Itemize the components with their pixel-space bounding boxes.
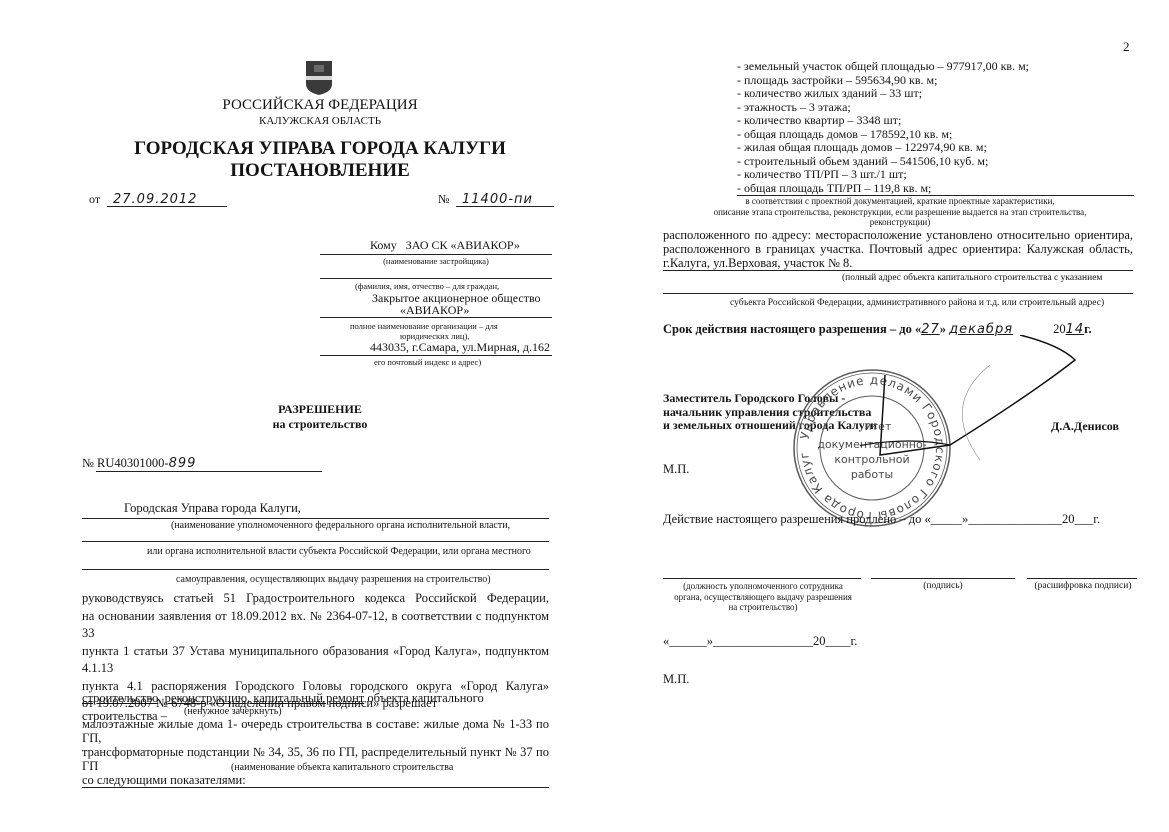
address-line: расположенного по адресу: месторасположе… xyxy=(663,228,1133,242)
developer-caption: (наименование застройщика) xyxy=(320,256,552,266)
indicator-item: - строительный обьем зданий – 541506,10 … xyxy=(737,155,1137,169)
indicator-item: - земельный участок общей площадью – 977… xyxy=(737,60,1137,74)
indicator-item: - количество жилых зданий – 33 шт; xyxy=(737,87,1137,101)
permit-number-line xyxy=(96,457,322,472)
address-field: 443035, г.Самара, ул.Мирная, д.162 xyxy=(320,340,552,356)
region-name: КАЛУЖСКАЯ ОБЛАСТЬ xyxy=(150,115,490,127)
object-address: расположенного по адресу: месторасположе… xyxy=(663,228,1133,271)
indicator-item: - площадь застройки – 595634,90 кв. м; xyxy=(737,74,1137,88)
address-value: 443035, г.Самара, ул.Мирная, д.162 xyxy=(370,340,550,354)
work-type-kept: строительство, xyxy=(82,691,162,705)
caption-line: реконструкции) xyxy=(665,217,1135,228)
country-name: РОССИЙСКАЯ ФЕДЕРАЦИЯ xyxy=(150,97,490,114)
caption-line: в соответствии с проектной документацией… xyxy=(665,196,1135,207)
extension-date-line: «______»________________20____г. xyxy=(663,634,857,649)
caption-line: (должность уполномоченного сотрудника xyxy=(663,581,863,592)
indicator-item: - количество квартир – 3348 шт; xyxy=(737,114,1137,128)
person-caption: (фамилия, имя, отчество – для граждан, xyxy=(355,281,555,291)
indicator-item: - количество ТП/РП – 3 шт./1 шт; xyxy=(737,168,1137,182)
validity-mid: » xyxy=(940,322,946,336)
body-line: руководствуясь статьей 51 Градостроитель… xyxy=(82,590,549,608)
address-line: расположенного в границах участка. Почто… xyxy=(663,242,1133,256)
extension-line: Действие настоящего разрешения продлено … xyxy=(663,512,1100,527)
position-caption: (должность уполномоченного сотрудника ор… xyxy=(663,581,863,613)
document-type: ПОСТАНОВЛЕНИЕ xyxy=(100,160,540,182)
validity-end: г. xyxy=(1084,322,1091,336)
permit-title: РАЗРЕШЕНИЕ xyxy=(160,402,480,417)
body-line: на основании заявления от 18.09.2012 вх.… xyxy=(82,608,549,643)
recipient-to-label: Кому xyxy=(370,238,397,252)
handwritten-signature xyxy=(860,335,1090,475)
decree-number-value: 11400-пи xyxy=(462,192,533,207)
signature-line xyxy=(871,568,1015,579)
indicators-caption: в соответствии с проектной документацией… xyxy=(665,196,1135,228)
org-caption-line1: полное наименование организации – для xyxy=(350,321,498,331)
caption-line: на строительство) xyxy=(663,602,863,613)
issuer-line: Городская Управа города Калуги, xyxy=(82,500,549,519)
decree-date-field: 27.09.2012 xyxy=(107,190,227,207)
decree-date-label: от xyxy=(89,192,100,207)
issuer-name: Городская Управа города Калуги, xyxy=(124,501,301,515)
decree-date-value: 27.09.2012 xyxy=(113,192,197,207)
object-line: малоэтажные жилые дома 1- очередь строит… xyxy=(82,717,549,745)
signature-caption: (подпись) xyxy=(871,581,1015,591)
seal-label: М.П. xyxy=(663,462,689,477)
decree-number-label: № xyxy=(438,192,449,207)
address-caption: его почтовый индекс и адрес) xyxy=(374,357,481,367)
blank-line xyxy=(82,530,549,542)
indicator-item: - жилая общая площадь домов – 122974,90 … xyxy=(737,141,1137,155)
recipient-developer-line: Кому ЗАО СК «АВИАКОР» xyxy=(320,238,552,255)
object-line: со следующими показателями: xyxy=(82,773,549,788)
object-description: малоэтажные жилые дома 1- очередь строит… xyxy=(82,717,549,788)
indicator-item: - этажность – 3 этажа; xyxy=(737,101,1137,115)
page-number: 2 xyxy=(1123,39,1130,55)
caption-line: описание этапа строительства, реконструк… xyxy=(665,207,1135,218)
issuer-caption-3: самоуправления, осуществляющих выдачу ра… xyxy=(176,574,491,586)
decode-line xyxy=(1027,568,1137,579)
coat-of-arms-icon xyxy=(304,60,334,96)
work-type-struck: реконструкцию, капитальный ремонт xyxy=(165,691,365,705)
issuer-caption-2: или органа исполнительной власти субъект… xyxy=(147,546,531,558)
blank-line xyxy=(320,266,552,279)
indicator-item: - общая площадь домов – 178592,10 кв. м; xyxy=(737,128,1137,142)
org-name-line2-field: «АВИАКОР» xyxy=(320,303,552,318)
seal-label-2: М.П. xyxy=(663,672,689,687)
object-caption: (наименование объекта капитального строи… xyxy=(231,762,453,774)
validity-year-prefix: 20 xyxy=(1053,322,1066,336)
validity-label: Срок действия настоящего разрешения – до… xyxy=(663,322,921,336)
blank-line xyxy=(663,283,1133,294)
body-line: пункта 1 статьи 37 Устава муниципального… xyxy=(82,643,549,678)
org-name-line2: «АВИАКОР» xyxy=(400,303,469,317)
decree-number-field: 11400-пи xyxy=(456,190,554,207)
blank-line xyxy=(82,558,549,570)
caption-line: органа, осуществляющего выдачу разрешени… xyxy=(663,592,863,603)
position-line xyxy=(663,568,861,579)
address-line: г.Калуга, ул.Верховая, участок № 8. xyxy=(663,256,1133,271)
indicators-list: - земельный участок общей площадью – 977… xyxy=(737,60,1137,196)
authority-title: ГОРОДСКАЯ УПРАВА ГОРОДА КАЛУГИ xyxy=(100,138,540,160)
permit-subtitle: на строительство xyxy=(160,417,480,432)
decode-caption: (расшифровка подписи) xyxy=(1027,581,1139,591)
indicator-item: - общая площадь ТП/РП – 119,8 кв. м; xyxy=(737,182,1134,197)
address-caption-2: субъекта Российской Федерации, администр… xyxy=(730,297,1104,309)
recipient-developer-name: ЗАО СК «АВИАКОР» xyxy=(406,238,520,252)
